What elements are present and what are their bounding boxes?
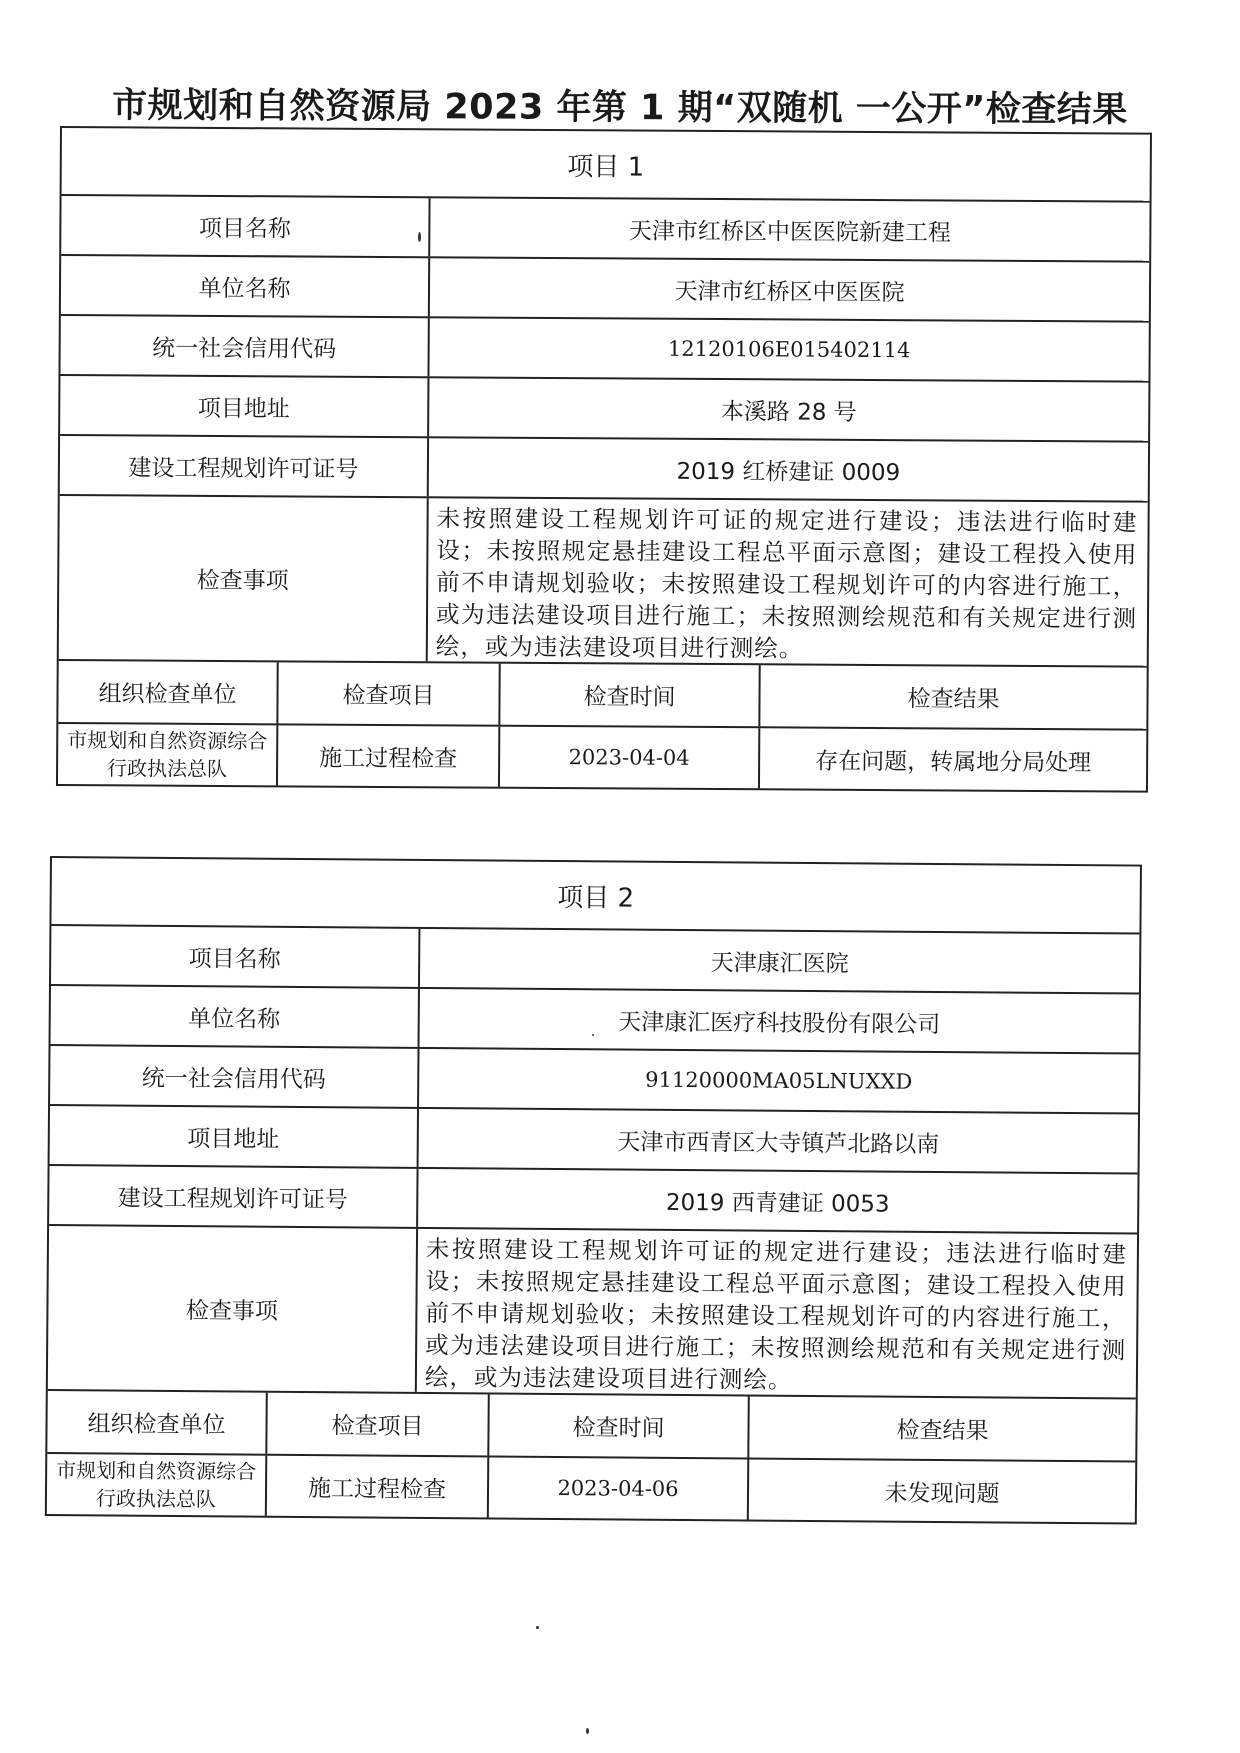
project-name-value: 天津市红桥区中医医院新建工程 [430,198,1149,260]
result-header-row: 组织检查单位 检查项目 检查时间 检查结果 [58,661,1146,731]
check-item-header: 检查项目 [267,1393,489,1456]
permit-label: 建设工程规划许可证号 [60,436,429,496]
credit-code-row: 统一社会信用代码 12120106E015402114 [60,316,1148,383]
scan-speck [592,1034,594,1036]
address-label: 项目地址 [50,1106,419,1167]
inspection-items-label: 检查事项 [59,496,429,661]
project-name-label: 项目名称 [61,196,430,256]
permit-value: 2019 西青建证 0053 [418,1169,1137,1233]
check-time-value: 2023-04-04 [500,727,760,789]
credit-code-label: 统一社会信用代码 [50,1046,419,1107]
address-row: 项目地址 天津市西青区大寺镇芦北路以南 [50,1106,1138,1175]
check-time-value: 2023-04-06 [489,1457,749,1519]
result-data-row: 市规划和自然资源综合行政执法总队 施工过程检查 2023-04-04 存在问题，… [58,724,1146,791]
address-value: 天津市西青区大寺镇芦北路以南 [419,1109,1138,1173]
unit-name-value: 天津康汇医疗科技股份有限公司 [420,989,1139,1053]
credit-code-row: 统一社会信用代码 91120000MA05LNUXXD [50,1046,1138,1115]
org-unit-value: 市规划和自然资源综合行政执法总队 [47,1454,267,1516]
scan-speck [418,232,421,242]
address-value: 本溪路 28 号 [429,378,1148,440]
unit-name-value: 天津市红桥区中医医院 [430,258,1149,320]
permit-row: 建设工程规划许可证号 2019 红桥建证 0009 [60,436,1148,503]
project-header: 项目 2 [51,858,1139,933]
result-data-row: 市规划和自然资源综合行政执法总队 施工过程检查 2023-04-06 未发现问题 [47,1454,1135,1523]
scan-speck [536,1626,539,1629]
check-time-header: 检查时间 [500,664,760,727]
credit-code-label: 统一社会信用代码 [60,316,429,376]
check-result-header: 检查结果 [760,665,1146,728]
check-result-value: 未发现问题 [749,1460,1135,1523]
unit-name-row: 单位名称 天津康汇医疗科技股份有限公司 [51,986,1139,1055]
unit-name-row: 单位名称 天津市红桥区中医医院 [61,256,1149,323]
check-result-header: 检查结果 [749,1397,1135,1461]
address-label: 项目地址 [60,376,429,436]
org-unit-value: 市规划和自然资源综合行政执法总队 [58,724,278,785]
project-header: 项目 1 [62,128,1150,201]
permit-label: 建设工程规划许可证号 [49,1166,418,1227]
inspection-items-value: 未按照建设工程规划许可证的规定进行建设；违法进行临时建设；未按照规定悬挂建设工程… [428,498,1148,665]
project-2-table: 项目 2 项目名称 天津康汇医院 单位名称 天津康汇医疗科技股份有限公司 统一社… [45,856,1142,1525]
check-item-header: 检查项目 [278,662,500,724]
document-title: 市规划和自然资源局 2023 年第 1 期“双随机 一公开”检查结果 [0,77,1240,132]
inspection-items-row: 检查事项 未按照建设工程规划许可证的规定进行建设；违法进行临时建设；未按照规定悬… [59,496,1148,668]
credit-code-value: 91120000MA05LNUXXD [419,1049,1138,1113]
unit-name-label: 单位名称 [61,256,430,316]
check-item-value: 施工过程检查 [278,725,500,786]
check-time-header: 检查时间 [489,1394,749,1457]
credit-code-value: 12120106E015402114 [429,318,1148,380]
permit-row: 建设工程规划许可证号 2019 西青建证 0053 [49,1166,1137,1235]
check-result-value: 存在问题，转属地分局处理 [760,728,1146,790]
project-name-value: 天津康汇医院 [420,929,1139,993]
project-1-table: 项目 1 项目名称 天津市红桥区中医医院新建工程 单位名称 天津市红桥区中医医院… [56,126,1152,793]
org-unit-header: 组织检查单位 [58,661,278,723]
permit-value: 2019 红桥建证 0009 [429,438,1148,500]
result-header-row: 组织检查单位 检查项目 检查时间 检查结果 [47,1391,1135,1463]
address-row: 项目地址 本溪路 28 号 [60,376,1148,443]
project-header-row: 项目 2 [51,858,1140,935]
inspection-items-value: 未按照建设工程规划许可证的规定进行建设；违法进行临时建设；未按照规定悬挂建设工程… [417,1229,1137,1398]
inspection-items-row: 检查事项 未按照建设工程规划许可证的规定进行建设；违法进行临时建设；未按照规定悬… [48,1226,1137,1400]
unit-name-label: 单位名称 [51,986,420,1047]
project-name-row: 项目名称 天津康汇医院 [51,926,1139,995]
project-header-row: 项目 1 [62,128,1150,203]
org-unit-header: 组织检查单位 [47,1391,267,1454]
project-name-label: 项目名称 [51,926,420,987]
scan-speck [586,1728,589,1734]
check-item-value: 施工过程检查 [267,1456,489,1518]
project-name-row: 项目名称 天津市红桥区中医医院新建工程 [61,196,1149,263]
inspection-items-label: 检查事项 [48,1226,418,1392]
